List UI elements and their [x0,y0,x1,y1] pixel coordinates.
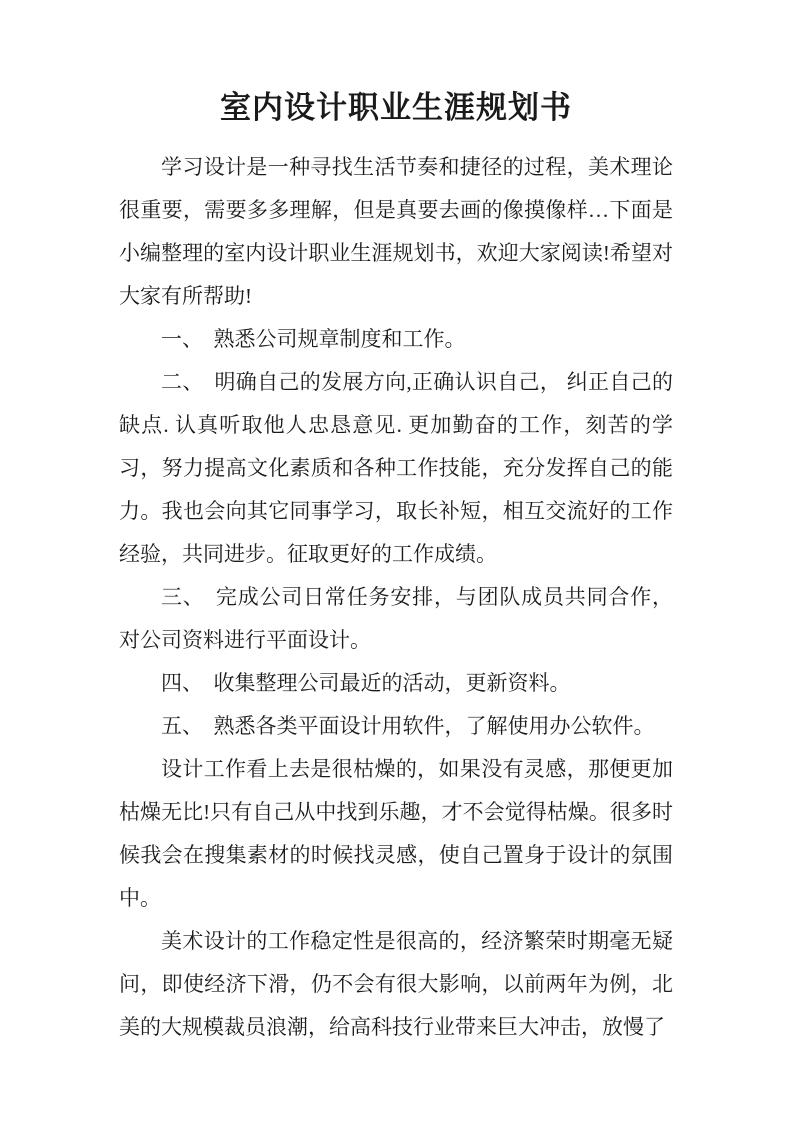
paragraph-job-stability: 美术设计的工作稳定性是很高的，经济繁荣时期毫无疑问，即使经济下滑，仍不会有很大影… [119,920,673,1049]
list-item-5: 五、 熟悉各类平面设计用软件，了解使用办公软件。 [119,705,673,748]
list-item-4: 四、 收集整理公司最近的活动，更新资料。 [119,662,673,705]
document-page: 室内设计职业生涯规划书 学习设计是一种寻找生活节奏和捷径的过程，美术理论很重要，… [0,0,793,1122]
list-item-1: 一、 熟悉公司规章制度和工作。 [119,318,673,361]
list-item-3: 三、 完成公司日常任务安排，与团队成员共同合作，对公司资料进行平面设计。 [119,576,673,662]
paragraph-design-work: 设计工作看上去是很枯燥的，如果没有灵感，那便更加枯燥无比!只有自己从中找到乐趣，… [119,748,673,920]
paragraph-intro: 学习设计是一种寻找生活节奏和捷径的过程，美术理论很重要，需要多多理解，但是真要去… [119,146,673,318]
page-title: 室内设计职业生涯规划书 [119,86,673,130]
document-body: 学习设计是一种寻找生活节奏和捷径的过程，美术理论很重要，需要多多理解，但是真要去… [119,146,673,1049]
list-item-2: 二、 明确自己的发展方向,正确认识自己， 纠正自己的缺点. 认真听取他人忠恳意见… [119,361,673,576]
